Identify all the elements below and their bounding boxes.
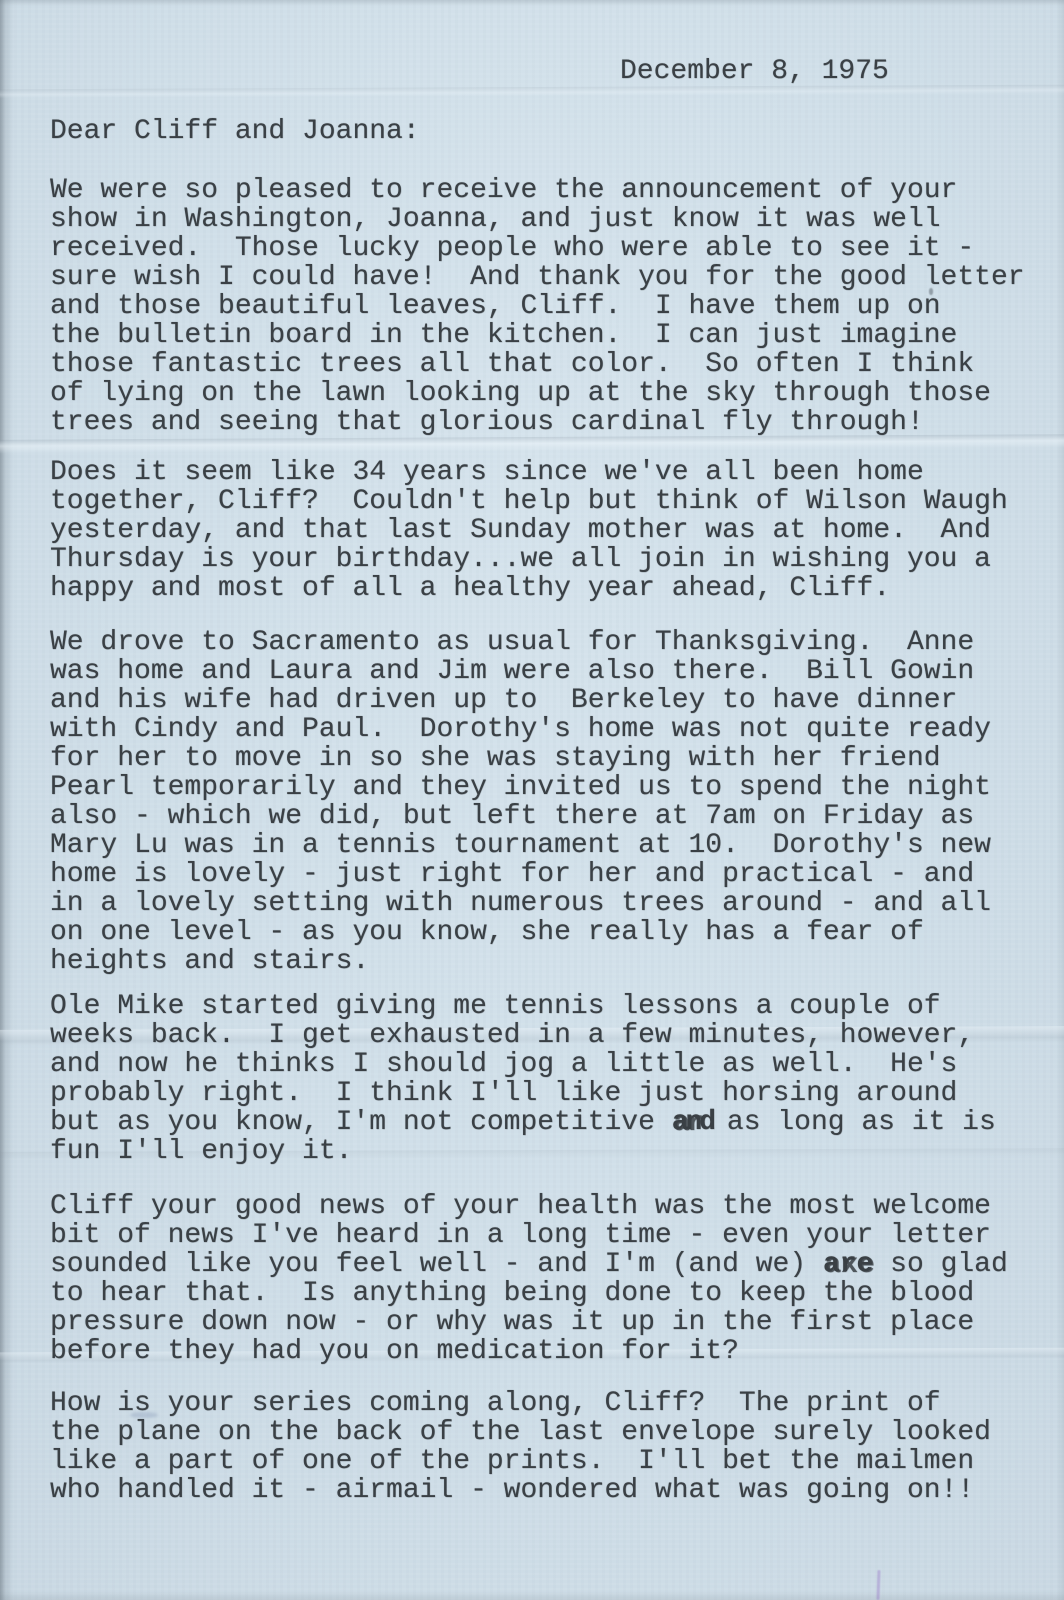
paragraph-1: We were so pleased to receive the announ… [50, 176, 1050, 437]
overstruck-word-are: are [823, 1250, 873, 1279]
letter-page: December 8, 1975 Dear Cliff and Joanna: … [0, 0, 1064, 1600]
scan-edge-top [0, 0, 1064, 6]
letter-date: December 8, 1975 [620, 57, 889, 86]
paragraph-3: We drove to Sacramento as usual for Than… [50, 628, 1050, 976]
paragraph-2: Does it seem like 34 years since we've a… [50, 458, 1050, 603]
overtyped-word-and: and [672, 1108, 713, 1137]
pencil-mark [876, 1570, 880, 1600]
scan-edge-left [0, 0, 14, 1600]
scan-edge-bottom [0, 1591, 1064, 1600]
salutation: Dear Cliff and Joanna: [50, 117, 420, 146]
paragraph-6: How is your series coming along, Cliff? … [50, 1389, 1050, 1505]
scan-edge-right [1057, 0, 1064, 1600]
paragraph-5: Cliff your good news of your health was … [50, 1192, 1050, 1366]
fold-crease-top [0, 85, 1064, 99]
paragraph-4: Ole Mike started giving me tennis lesson… [50, 992, 1050, 1166]
